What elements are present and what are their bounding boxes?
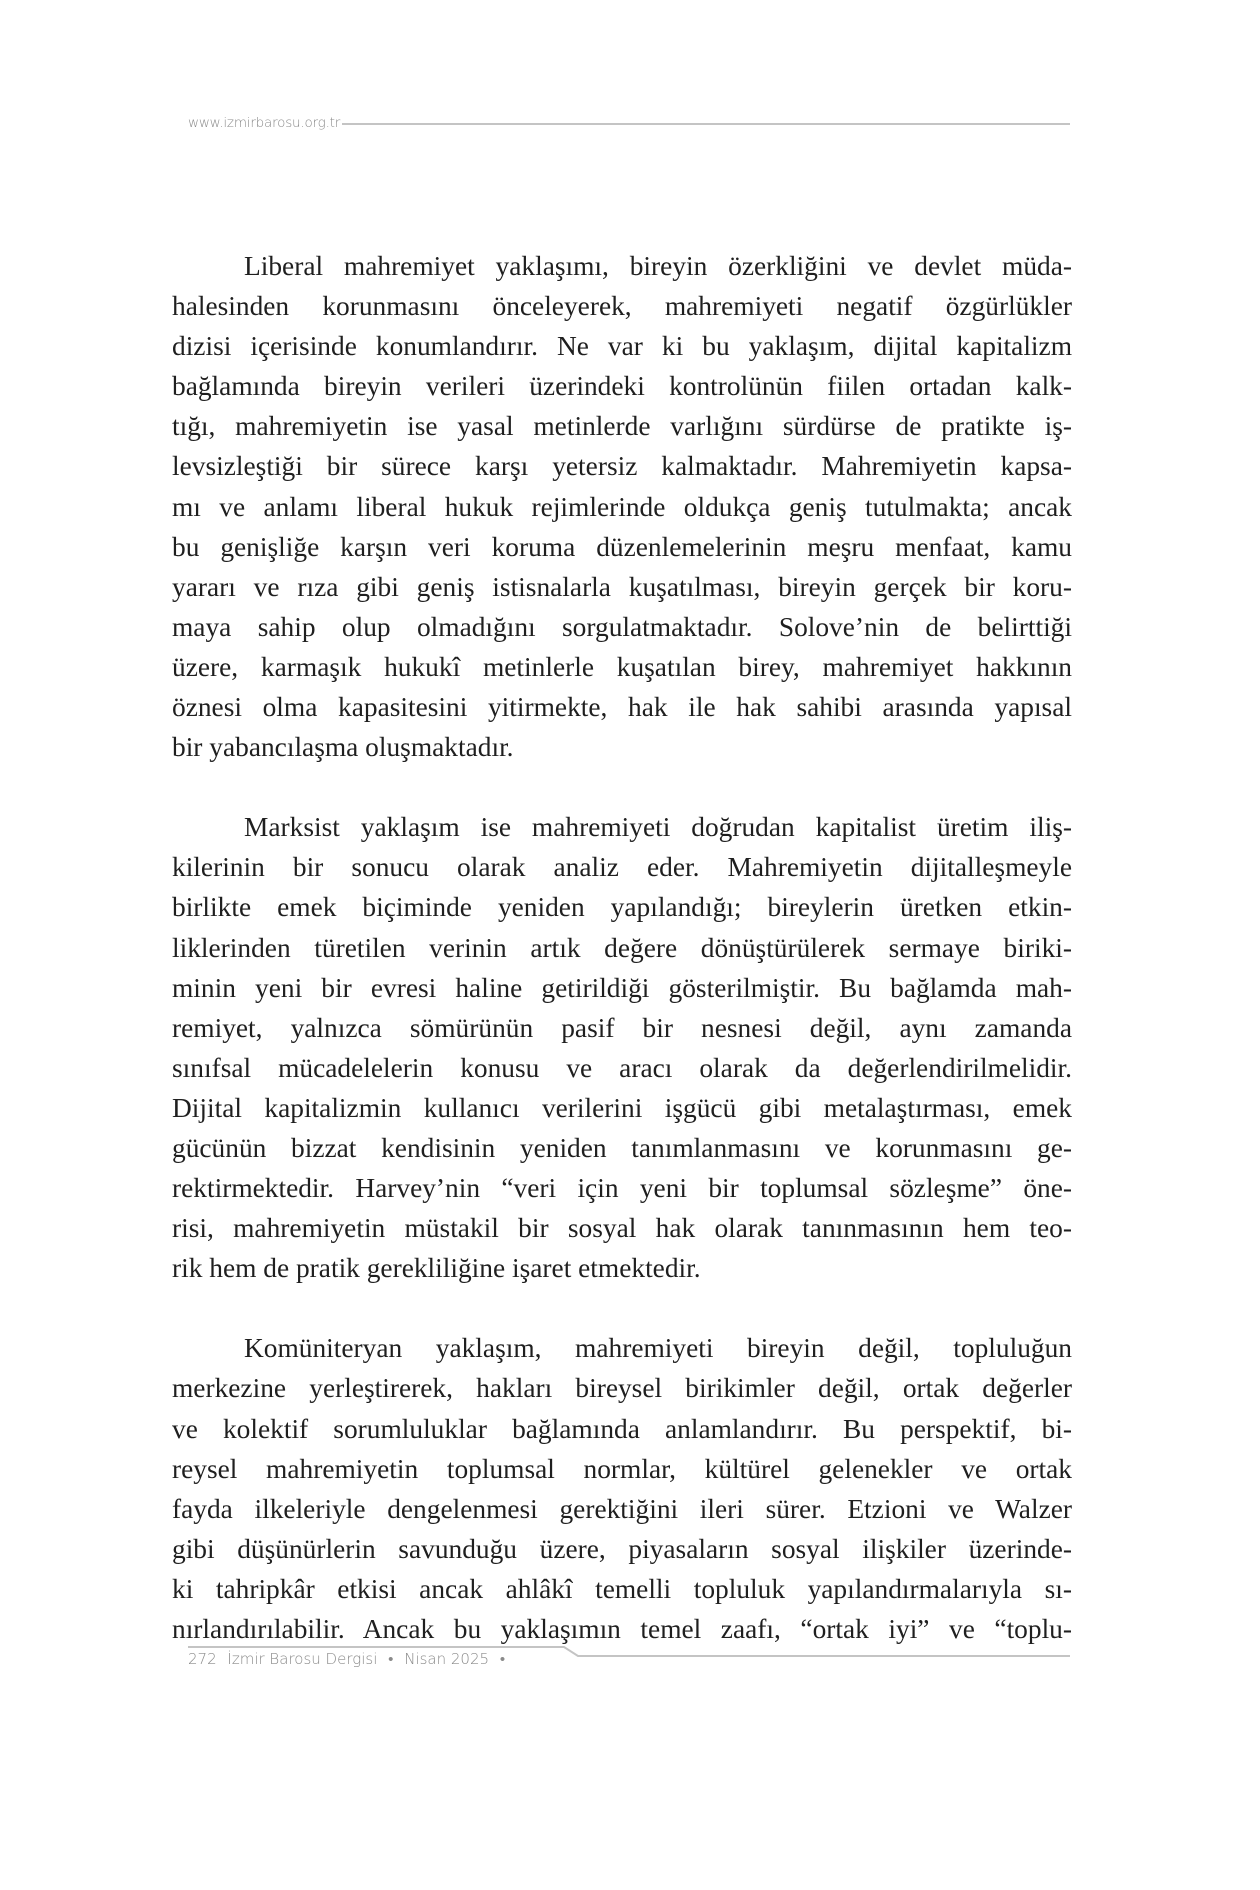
footer-rule <box>0 0 1260 1890</box>
separator-dot: • <box>388 1650 393 1668</box>
page-number: 272 <box>188 1650 217 1668</box>
journal-name: İzmir Barosu Dergisi <box>227 1650 377 1668</box>
trailing-dot: • <box>500 1650 505 1668</box>
running-footer: 272 İzmir Barosu Dergisi • Nisan 2025 • <box>188 1650 511 1668</box>
issue-date: Nisan 2025 <box>404 1650 489 1668</box>
